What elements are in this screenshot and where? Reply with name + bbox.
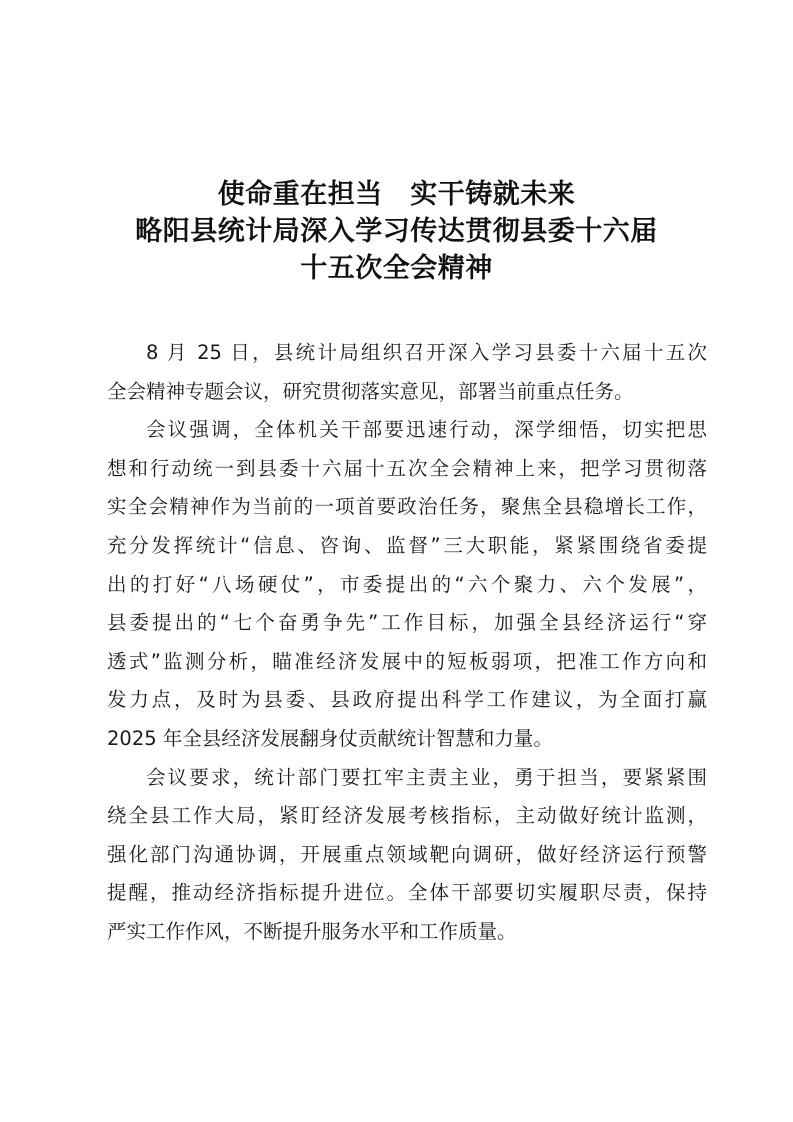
paragraph-line: 2025 年全县经济发展翻身仗贡献统计智慧和力量。 (107, 720, 707, 759)
title-line-2: 略阳县统计局深入学习传达贯彻县委十六届 (0, 213, 793, 250)
title-line-3: 十五次全会精神 (0, 250, 793, 287)
paragraph-line: 提醒，推动经济指标提升进位。全体干部要切实履职尽责，保持 (107, 874, 707, 913)
paragraph-line: 出的打好“八场硬仗”，市委提出的“六个聚力、六个发展”， (107, 566, 707, 605)
paragraph-line: 全会精神专题会议，研究贯彻落实意见，部署当前重点任务。 (107, 373, 707, 412)
paragraph-line: 会议要求，统计部门要扛牢主责主业，勇于担当，要紧紧围 (107, 759, 707, 798)
title-line-1: 使命重在担当 实干铸就未来 (0, 176, 793, 213)
paragraph-line: 透式”监测分析，瞄准经济发展中的短板弱项，把准工作方向和 (107, 643, 707, 682)
paragraph-line: 想和行动统一到县委十六届十五次全会精神上来，把学习贯彻落 (107, 450, 707, 489)
document-title: 使命重在担当 实干铸就未来 略阳县统计局深入学习传达贯彻县委十六届 十五次全会精… (0, 176, 793, 287)
paragraph-1: 8 月 25 日，县统计局组织召开深入学习县委十六届十五次 全会精神专题会议，研… (107, 334, 707, 411)
paragraph-line: 充分发挥统计“信息、咨询、监督”三大职能，紧紧围绕省委提 (107, 527, 707, 566)
paragraph-line: 绕全县工作大局，紧盯经济发展考核指标，主动做好统计监测， (107, 797, 707, 836)
paragraph-2: 会议强调，全体机关干部要迅速行动，深学细悟，切实把思 想和行动统一到县委十六届十… (107, 411, 707, 758)
paragraph-line: 严实工作作风，不断提升服务水平和工作质量。 (107, 913, 707, 952)
paragraph-line: 实全会精神作为当前的一项首要政治任务，聚焦全县稳增长工作， (107, 488, 707, 527)
paragraph-line: 发力点，及时为县委、县政府提出科学工作建议，为全面打赢 (107, 681, 707, 720)
document-body: 8 月 25 日，县统计局组织召开深入学习县委十六届十五次 全会精神专题会议，研… (107, 334, 707, 952)
paragraph-line: 县委提出的“七个奋勇争先”工作目标，加强全县经济运行“穿 (107, 604, 707, 643)
paragraph-line: 强化部门沟通协调，开展重点领域靶向调研，做好经济运行预警 (107, 836, 707, 875)
document-page: 使命重在担当 实干铸就未来 略阳县统计局深入学习传达贯彻县委十六届 十五次全会精… (0, 0, 793, 1122)
paragraph-3: 会议要求，统计部门要扛牢主责主业，勇于担当，要紧紧围 绕全县工作大局，紧盯经济发… (107, 759, 707, 952)
paragraph-line: 会议强调，全体机关干部要迅速行动，深学细悟，切实把思 (107, 411, 707, 450)
paragraph-line: 8 月 25 日，县统计局组织召开深入学习县委十六届十五次 (107, 334, 707, 373)
